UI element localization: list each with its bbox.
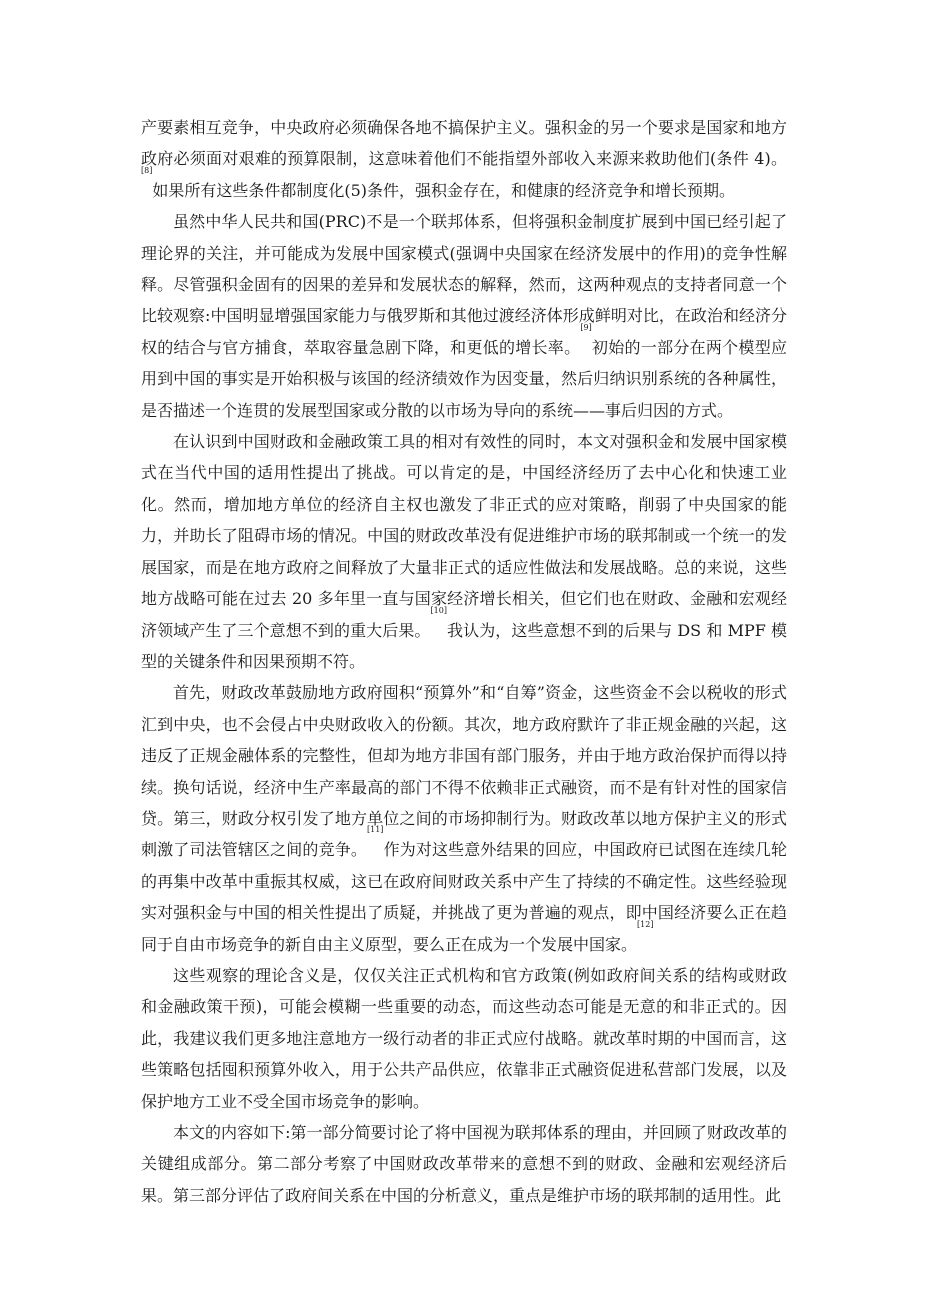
paragraph-text: 在认识到中国财政和金融政策工具的相对有效性的同时，本文对强积金和发展中国家模式在… xyxy=(141,432,787,639)
footnote-ref-9[interactable]: [9] xyxy=(580,323,591,332)
paragraph-3: 在认识到中国财政和金融政策工具的相对有效性的同时，本文对强积金和发展中国家模式在… xyxy=(141,426,787,677)
document-body: 产要素相互竞争，中央政府必须确保各地不搞保护主义。强积金的另一个要求是国家和地方… xyxy=(141,112,787,1211)
paragraph-2: 虽然中华人民共和国(PRC)不是一个联邦体系，但将强积金制度扩展到中国已经引起了… xyxy=(141,206,787,426)
footnote-ref-12[interactable]: [12] xyxy=(637,920,653,929)
paragraph-5: 这些观察的理论含义是，仅仅关注正式机构和官方政策(例如政府间关系的结构或财政和金… xyxy=(141,960,787,1117)
paragraph-text: 本文的内容如下:第一部分简要讨论了将中国视为联邦体系的理由，并回顾了财政改革的关… xyxy=(141,1123,787,1205)
paragraph-1: 产要素相互竞争，中央政府必须确保各地不搞保护主义。强积金的另一个要求是国家和地方… xyxy=(141,112,787,206)
paragraph-text: 首先，财政改革鼓励地方政府囤积“预算外”和“自筹”资金，这些资金不会以税收的形式… xyxy=(141,683,787,859)
footnote-ref-10[interactable]: [10] xyxy=(431,606,447,615)
paragraph-6: 本文的内容如下:第一部分简要讨论了将中国视为联邦体系的理由，并回顾了财政改革的关… xyxy=(141,1117,787,1211)
paragraph-4: 首先，财政改革鼓励地方政府囤积“预算外”和“自筹”资金，这些资金不会以税收的形式… xyxy=(141,677,787,960)
paragraph-text: 虽然中华人民共和国(PRC)不是一个联邦体系，但将强积金制度扩展到中国已经引起了… xyxy=(141,212,787,357)
paragraph-text: 这些观察的理论含义是，仅仅关注正式机构和官方政策(例如政府间关系的结构或财政和金… xyxy=(141,966,787,1111)
paragraph-text: 如果所有这些条件都制度化(5)条件，强积金存在，和健康的经济竞争和增长预期。 xyxy=(152,181,735,200)
footnote-ref-11[interactable]: [11] xyxy=(367,825,383,834)
paragraph-text: 产要素相互竞争，中央政府必须确保各地不搞保护主义。强积金的另一个要求是国家和地方… xyxy=(141,118,787,168)
footnote-ref-8[interactable]: [8] xyxy=(141,166,152,175)
